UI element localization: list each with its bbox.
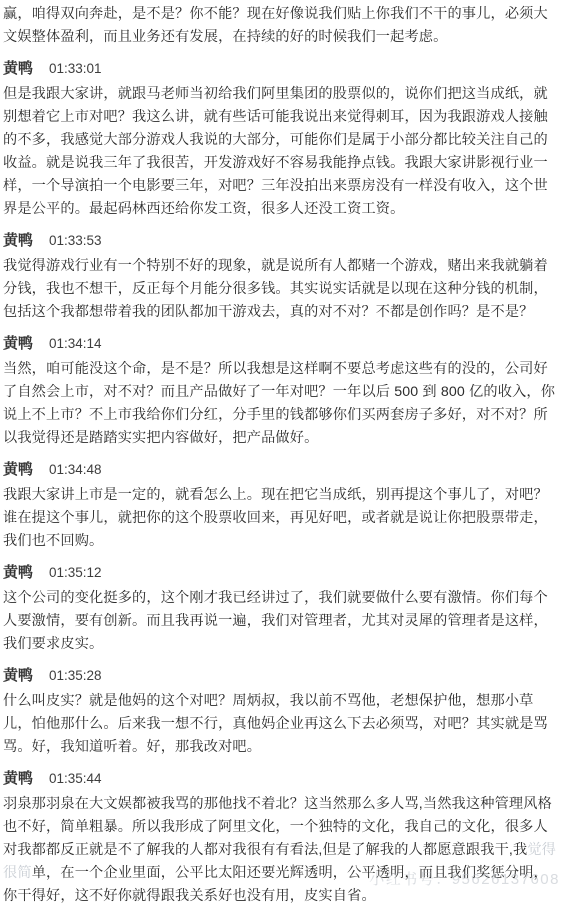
message-header: 黄鸭01:35:28 [3,666,561,686]
speaker-name: 黄鸭 [3,461,33,478]
message-header: 黄鸭01:33:53 [3,231,561,251]
message-timestamp: 01:34:48 [49,462,102,477]
message-timestamp: 01:35:28 [49,668,102,683]
message-text: 我觉得游戏行业有一个特别不好的现象，就是说所有人都赌一个游戏，赌出来我就躺着分钱… [3,255,561,324]
transcript-message: 赢，咱得双向奔赴，是不是？你不能？现在好像说我们贴上你我们不干的事儿，必须大文娱… [3,3,561,49]
message-text: 赢，咱得双向奔赴，是不是？你不能？现在好像说我们贴上你我们不干的事儿，必须大文娱… [3,3,561,49]
message-header: 黄鸭01:33:01 [3,59,561,79]
message-text: 我跟大家讲上市是一定的，就看怎么上。现在把它当成纸，别再提这个事儿了，对吧？谁在… [3,484,561,553]
message-header: 黄鸭01:35:44 [3,769,561,789]
transcript-message: 黄鸭01:34:14 当然，咱可能没这个命，是不是？所以我想是这样啊不要总考虑这… [3,334,561,450]
speaker-name: 黄鸭 [3,667,33,684]
speaker-name: 黄鸭 [3,232,33,249]
transcript-document: 赢，咱得双向奔赴，是不是？你不能？现在好像说我们贴上你我们不干的事儿，必须大文娱… [0,0,564,906]
message-timestamp: 01:35:44 [49,771,102,786]
transcript-message: 黄鸭01:35:12 这个公司的变化挺多的，这个刚才我已经讲过了，我们就要做什么… [3,563,561,656]
message-text: 但是我跟大家讲，就跟马老师当初给我们阿里集团的股票似的，说你们把这当成纸，就别想… [3,83,561,221]
transcript-message: 黄鸭01:34:48 我跟大家讲上市是一定的，就看怎么上。现在把它当成纸，别再提… [3,460,561,553]
message-timestamp: 01:34:14 [49,336,102,351]
transcript-message: 黄鸭01:33:01 但是我跟大家讲，就跟马老师当初给我们阿里集团的股票似的，说… [3,59,561,221]
message-timestamp: 01:33:53 [49,233,102,248]
transcript-message: 黄鸭01:35:28 什么叫皮实？就是他妈的这个对吧？周炳叔，我以前不骂他，老想… [3,666,561,759]
message-text: 当然，咱可能没这个命，是不是？所以我想是这样啊不要总考虑这些有的没的，公司好了自… [3,358,561,450]
speaker-name: 黄鸭 [3,770,33,787]
message-text-segment: 单，在一个企业里面，公平比太阳还要光辉透明，公平透明，而且我们奖惩分明，你干得好… [3,865,548,904]
message-text: 羽泉那羽泉在大文娱都被我骂的那他找不着北？这当然那么多人骂,当然我这种管理风格也… [3,793,561,906]
transcript-message: 黄鸭01:35:44 羽泉那羽泉在大文娱都被我骂的那他找不着北？这当然那么多人骂… [3,769,561,906]
message-header: 黄鸭01:34:48 [3,460,561,480]
message-timestamp: 01:33:01 [49,61,102,76]
message-timestamp: 01:35:12 [49,565,102,580]
message-header: 黄鸭01:34:14 [3,334,561,354]
message-text-segment: 羽泉那羽泉在大文娱都被我骂的那他找不着北？这当然那么多人骂,当然我这种管理风格也… [3,796,552,858]
message-text: 这个公司的变化挺多的，这个刚才我已经讲过了，我们就要做什么要有激情。你们每个人要… [3,587,561,656]
speaker-name: 黄鸭 [3,335,33,352]
message-text: 什么叫皮实？就是他妈的这个对吧？周炳叔，我以前不骂他，老想保护他，想那小草儿，怕… [3,690,561,759]
speaker-name: 黄鸭 [3,60,33,77]
message-header: 黄鸭01:35:12 [3,563,561,583]
speaker-name: 黄鸭 [3,564,33,581]
transcript-message: 黄鸭01:33:53 我觉得游戏行业有一个特别不好的现象，就是说所有人都赌一个游… [3,231,561,324]
